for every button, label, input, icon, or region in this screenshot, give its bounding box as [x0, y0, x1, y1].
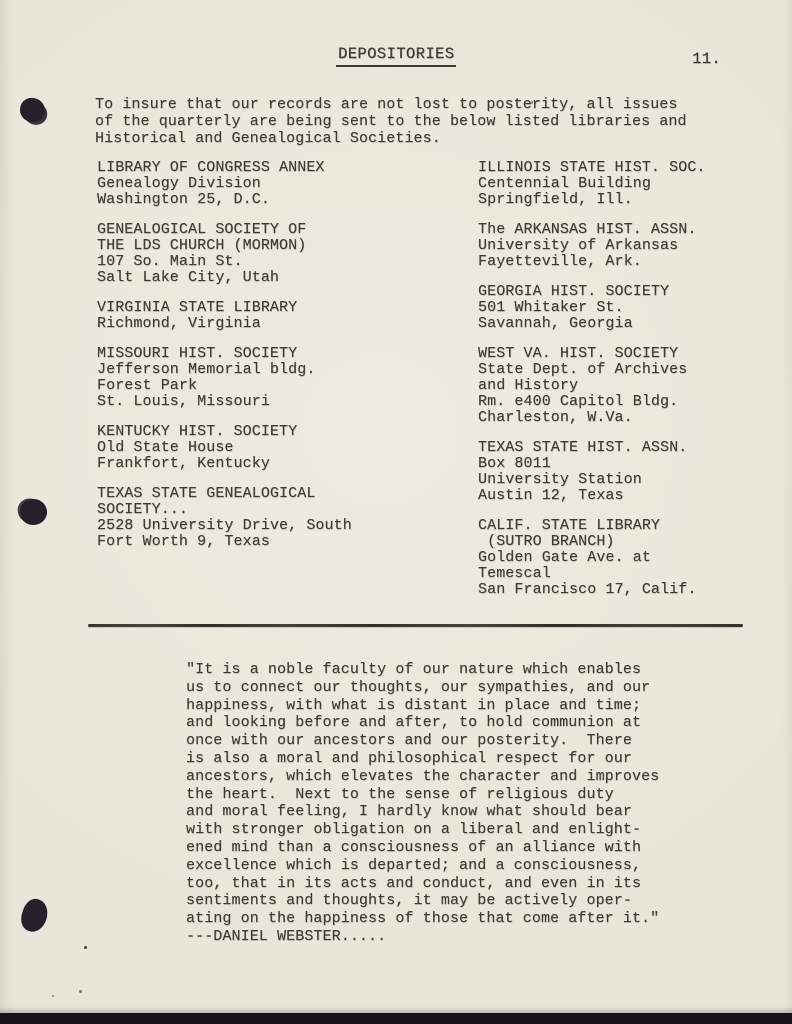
- depository-line: ILLINOIS STATE HIST. SOC.: [478, 160, 757, 176]
- depository-line: Rm. e400 Capitol Bldg.: [478, 394, 757, 410]
- depository-entry: VIRGINIA STATE LIBRARYRichmond, Virginia: [97, 300, 478, 332]
- depository-line: LIBRARY OF CONGRESS ANNEX: [97, 160, 478, 176]
- hole-punch-mark: [18, 497, 48, 527]
- depository-line: Genealogy Division: [97, 176, 478, 192]
- depository-line: VIRGINIA STATE LIBRARY: [97, 300, 478, 316]
- depository-line: 2528 University Drive, South: [97, 518, 478, 534]
- depository-line: Austin 12, Texas: [478, 488, 757, 504]
- quote-line: is also a moral and philosophical respec…: [186, 750, 659, 768]
- depository-column-right: ILLINOIS STATE HIST. SOC.Centennial Buil…: [478, 160, 757, 612]
- depository-line: Washington 25, D.C.: [97, 192, 478, 208]
- quote-line: and looking before and after, to hold co…: [186, 714, 659, 732]
- depository-line: THE LDS CHURCH (MORMON): [97, 238, 478, 254]
- ink-speck: [52, 995, 54, 997]
- depository-line: St. Louis, Missouri: [97, 394, 478, 410]
- quote-line: happiness, with what is distant in place…: [186, 697, 659, 715]
- depository-line: WEST VA. HIST. SOCIETY: [478, 346, 757, 362]
- depository-line: 107 So. Main St.: [97, 254, 478, 270]
- depository-line: 501 Whitaker St.: [478, 300, 757, 316]
- depository-line: GEORGIA HIST. SOCIETY: [478, 284, 757, 300]
- quote-line: "It is a noble faculty of our nature whi…: [186, 661, 659, 679]
- ink-speck: [84, 946, 87, 949]
- scanned-document-page: DEPOSITORIES 11. To insure that our reco…: [0, 0, 792, 1024]
- depository-entry: LIBRARY OF CONGRESS ANNEXGenealogy Divis…: [97, 160, 478, 208]
- depository-line: San Francisco 17, Calif.: [478, 582, 757, 598]
- depository-entry: GENEALOGICAL SOCIETY OFTHE LDS CHURCH (M…: [97, 222, 478, 286]
- quote-line: sentiments and thoughts, it may be activ…: [186, 892, 659, 910]
- depository-line: TEXAS STATE GENEALOGICAL: [97, 486, 478, 502]
- depository-line: Box 8011: [478, 456, 757, 472]
- intro-paragraph: To insure that our records are not lost …: [95, 96, 687, 147]
- quote-line: ancestors, which elevates the character …: [186, 768, 659, 786]
- depository-entry: TEXAS STATE HIST. ASSN.Box 8011Universit…: [478, 440, 757, 504]
- depository-column-left: LIBRARY OF CONGRESS ANNEXGenealogy Divis…: [97, 160, 478, 612]
- depository-entry: TEXAS STATE GENEALOGICALSOCIETY...2528 U…: [97, 486, 478, 550]
- intro-line: To insure that our records are not lost …: [95, 96, 687, 113]
- depository-line: Frankfort, Kentucky: [97, 456, 478, 472]
- depository-line: Fayetteville, Ark.: [478, 254, 757, 270]
- depository-line: SOCIETY...: [97, 502, 478, 518]
- quote-line: too, that in its acts and conduct, and e…: [186, 875, 659, 893]
- ink-speck: [79, 990, 82, 993]
- depository-line: GENEALOGICAL SOCIETY OF: [97, 222, 478, 238]
- depository-line: Forest Park: [97, 378, 478, 394]
- quote-line: and moral feeling, I hardly know what sh…: [186, 803, 659, 821]
- depository-line: Old State House: [97, 440, 478, 456]
- quote-line: the heart. Next to the sense of religiou…: [186, 786, 659, 804]
- depository-line: Richmond, Virginia: [97, 316, 478, 332]
- intro-line: Historical and Genealogical Societies.: [95, 130, 687, 147]
- quote-line: with stronger obligation on a liberal an…: [186, 821, 659, 839]
- depository-line: Fort Worth 9, Texas: [97, 534, 478, 550]
- hole-punch-mark: [18, 896, 52, 935]
- depository-line: MISSOURI HIST. SOCIETY: [97, 346, 478, 362]
- quote-line: ating on the happiness of those that com…: [186, 910, 659, 928]
- depository-line: The ARKANSAS HIST. ASSN.: [478, 222, 757, 238]
- depository-entry: KENTUCKY HIST. SOCIETYOld State HouseFra…: [97, 424, 478, 472]
- depository-line: and History: [478, 378, 757, 394]
- page-number: 11.: [692, 50, 721, 68]
- depository-entry: WEST VA. HIST. SOCIETYState Dept. of Arc…: [478, 346, 757, 426]
- depository-line: TEXAS STATE HIST. ASSN.: [478, 440, 757, 456]
- depository-line: Springfield, Ill.: [478, 192, 757, 208]
- depository-entry: GEORGIA HIST. SOCIETY501 Whitaker St.Sav…: [478, 284, 757, 332]
- depository-line: Temescal: [478, 566, 757, 582]
- depository-line: Charleston, W.Va.: [478, 410, 757, 426]
- hole-punch-mark: [18, 96, 47, 125]
- depository-line: CALIF. STATE LIBRARY: [478, 518, 757, 534]
- depository-line: (SUTRO BRANCH): [478, 534, 757, 550]
- depository-line: University of Arkansas: [478, 238, 757, 254]
- depository-entry: The ARKANSAS HIST. ASSN.University of Ar…: [478, 222, 757, 270]
- depository-entry: CALIF. STATE LIBRARY (SUTRO BRANCH)Golde…: [478, 518, 757, 598]
- depository-line: Savannah, Georgia: [478, 316, 757, 332]
- quote-line: excellence which is departed; and a cons…: [186, 857, 659, 875]
- scan-edge-bar: [0, 1013, 792, 1024]
- ink-speck: [531, 101, 533, 104]
- depository-line: State Dept. of Archives: [478, 362, 757, 378]
- quote-line: once with our ancestors and our posterit…: [186, 732, 659, 750]
- page-title: DEPOSITORIES: [336, 45, 456, 67]
- quote-line: ---DANIEL WEBSTER.....: [186, 928, 659, 946]
- depository-line: Jefferson Memorial bldg.: [97, 362, 478, 378]
- divider-rule: [88, 624, 743, 627]
- depository-entry: MISSOURI HIST. SOCIETYJefferson Memorial…: [97, 346, 478, 410]
- quote-line: ened mind than a consciousness of an all…: [186, 839, 659, 857]
- quote-line: us to connect our thoughts, our sympathi…: [186, 679, 659, 697]
- depository-line: Golden Gate Ave. at: [478, 550, 757, 566]
- depository-line: Salt Lake City, Utah: [97, 270, 478, 286]
- intro-line: of the quarterly are being sent to the b…: [95, 113, 687, 130]
- depository-line: Centennial Building: [478, 176, 757, 192]
- depository-line: KENTUCKY HIST. SOCIETY: [97, 424, 478, 440]
- depository-entry: ILLINOIS STATE HIST. SOC.Centennial Buil…: [478, 160, 757, 208]
- webster-quote: "It is a noble faculty of our nature whi…: [186, 661, 659, 946]
- depository-line: University Station: [478, 472, 757, 488]
- depository-columns: LIBRARY OF CONGRESS ANNEXGenealogy Divis…: [97, 160, 757, 612]
